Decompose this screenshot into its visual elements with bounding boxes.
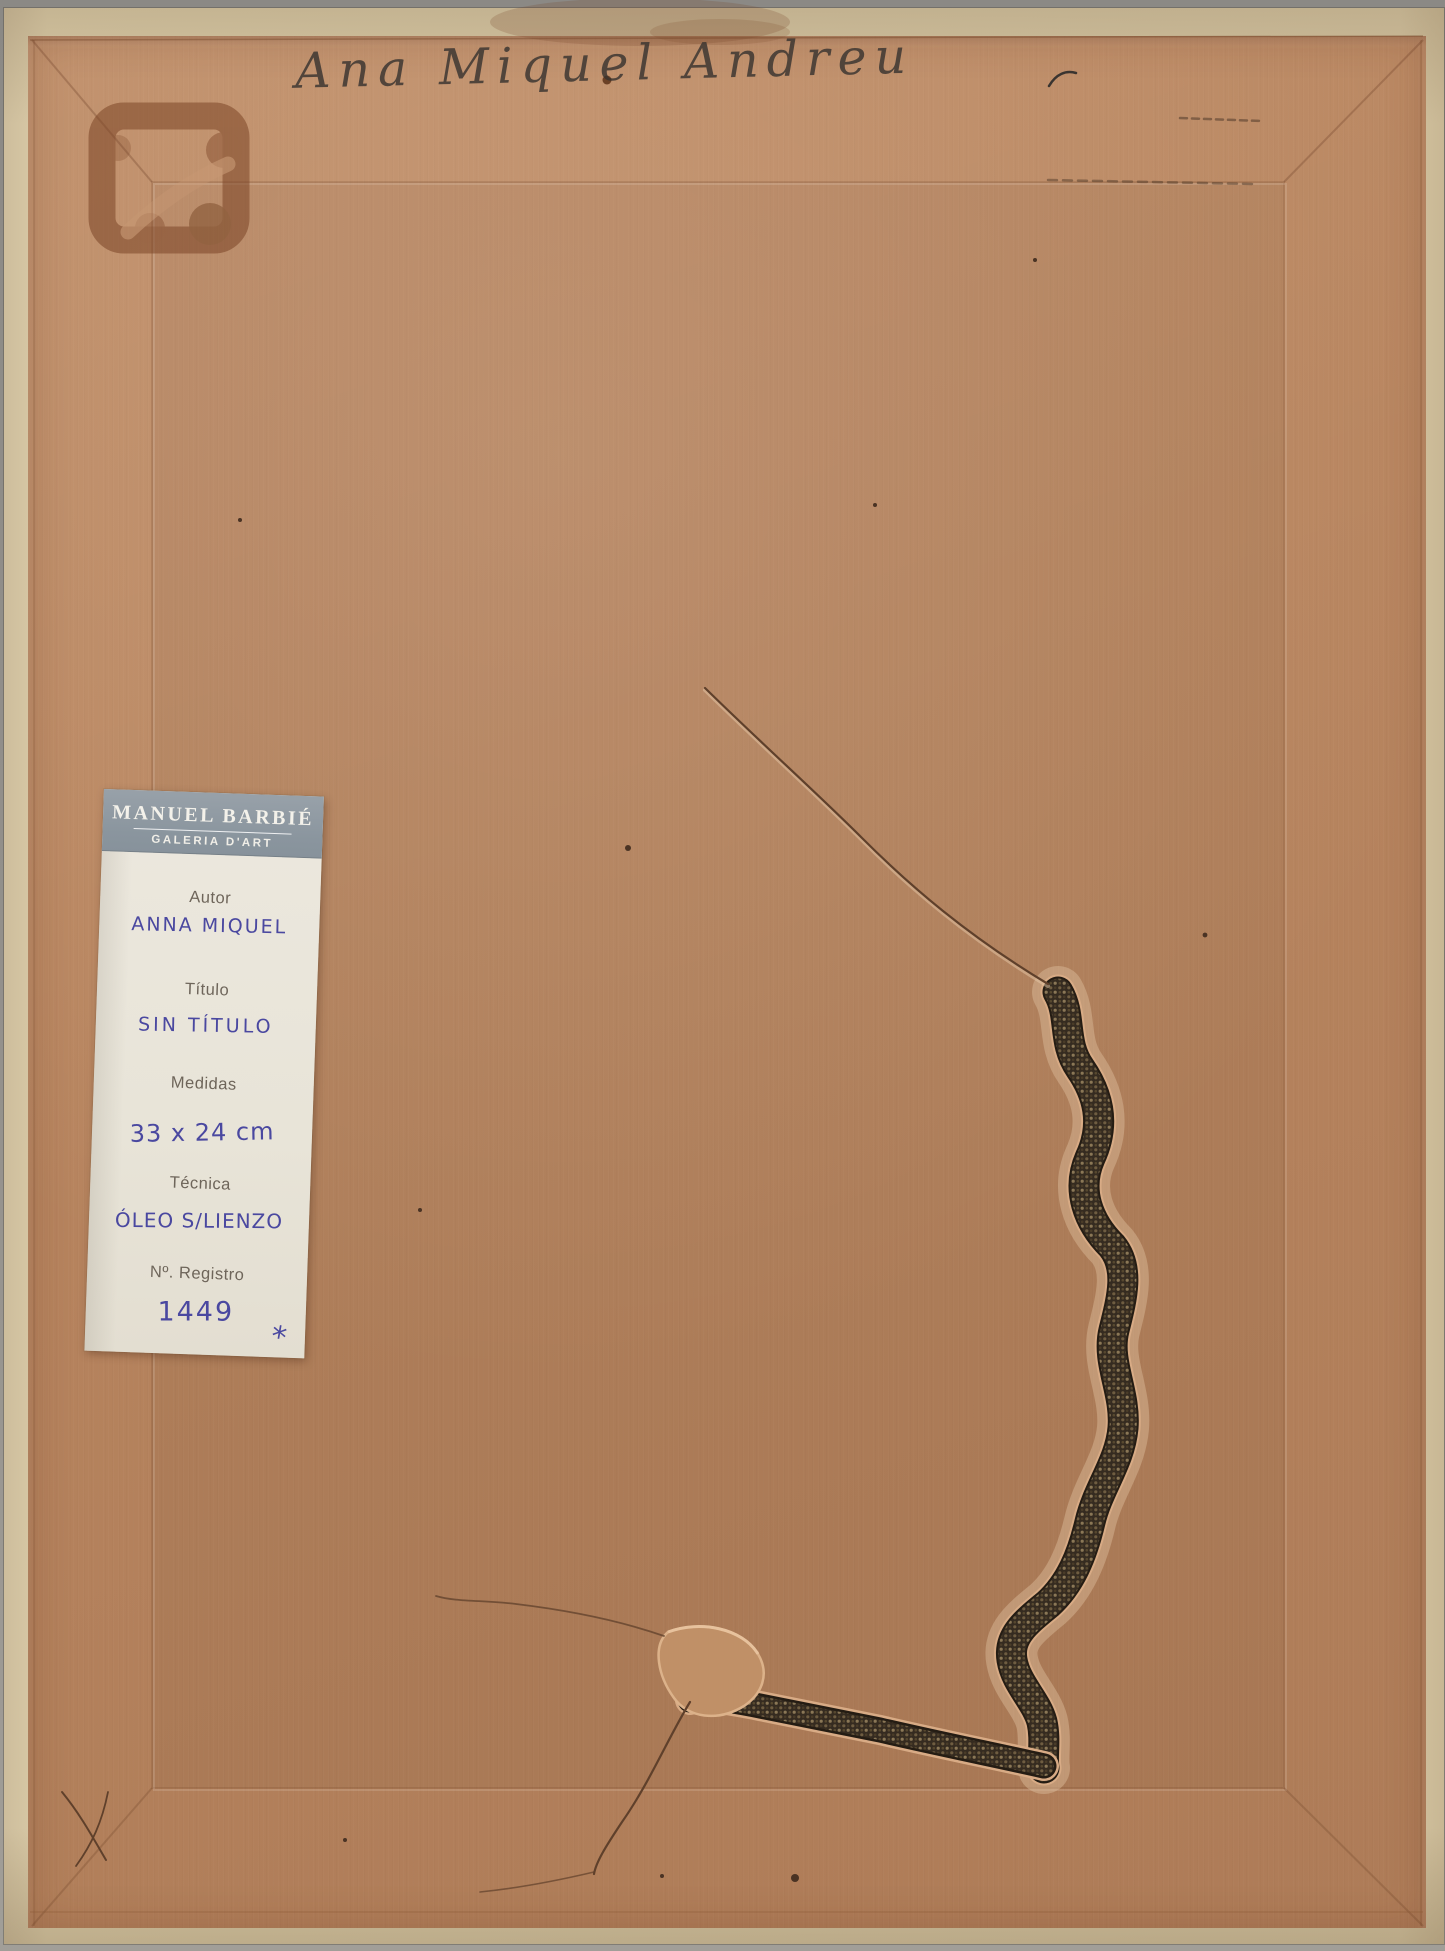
registro-asterisk-mark: * xyxy=(268,1319,304,1359)
gallery-label-header: MANUEL BARBIÉ GALERIA D'ART xyxy=(102,789,324,859)
gallery-name: MANUEL BARBIÉ xyxy=(103,801,324,832)
field-label-titulo: Título xyxy=(97,977,318,1004)
field-value-medidas: 33 x 24 cm xyxy=(92,1117,312,1149)
gallery-label: MANUEL BARBIÉ GALERIA D'ART Autor ANNA M… xyxy=(84,789,323,1358)
field-label-medidas: Medidas xyxy=(93,1071,314,1098)
field-value-titulo: SIN TÍTULO xyxy=(96,1013,316,1039)
field-value-tecnica: ÓLEO S/LIENZO xyxy=(89,1208,309,1234)
field-label-autor: Autor xyxy=(100,885,321,912)
field-label-tecnica: Técnica xyxy=(90,1171,311,1198)
photo-of-painting-verso: Ana Miquel Andreu MANUEL BARBIÉ GALERIA … xyxy=(0,0,1445,1951)
field-value-autor: ANNA MIQUEL xyxy=(99,912,319,939)
field-label-registro: Nº. Registro xyxy=(87,1261,308,1288)
gallery-subtitle: GALERIA D'ART xyxy=(102,832,322,852)
